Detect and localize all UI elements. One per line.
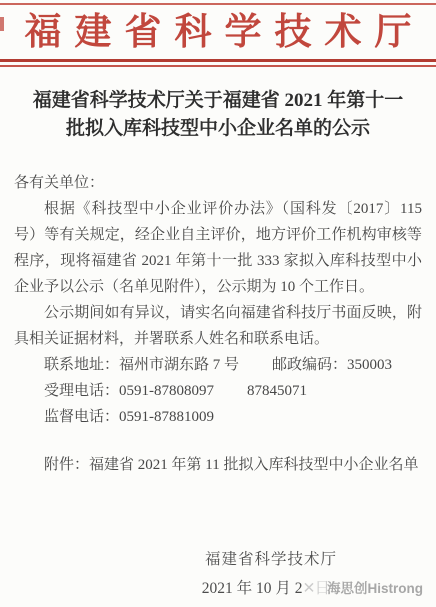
- accept-phone-value1: 0591-87808097: [119, 383, 214, 399]
- document-title-line1: 福建省科学技术厅关于福建省 2021 年第十一: [10, 87, 426, 115]
- date-line: 2021 年 10 月 2✕日海思创Histrong: [202, 576, 423, 598]
- contact-address-label: 联系地址：: [44, 357, 119, 373]
- supervise-phone-value: 0591-87881009: [119, 409, 214, 425]
- accept-phone-value2: 87845071: [247, 383, 307, 399]
- attachment-line: 附件：福建省 2021 年第 11 批拟入库科技型中小企业名单: [14, 452, 422, 478]
- supervise-phone-label: 监督电话：: [44, 409, 119, 425]
- postal-code-value: 350003: [347, 357, 392, 373]
- date-obscured-text: ✕日: [303, 580, 330, 597]
- salutation: 各有关单位：: [14, 170, 422, 196]
- contact-address-value: 福州市湖东路 7 号: [119, 357, 239, 373]
- masthead-divider-thick: [0, 59, 436, 62]
- date-text: 2021 年 10 月 2: [202, 580, 303, 597]
- masthead-agency-title: 福建省科学技术厅: [0, 10, 436, 56]
- paragraph-objection: 公示期间如有异议，请实名向福建省科技厅书面反映，附具相关证据材料，并署联系人姓名…: [14, 300, 422, 352]
- signature-agency: 福建省科学技术厅: [205, 547, 337, 569]
- accept-phone-label: 受理电话：: [44, 383, 119, 399]
- supervise-phone-line: 监督电话：0591-87881009: [14, 404, 422, 430]
- contact-address-line: 联系地址：福州市湖东路 7 号邮政编码：350003: [14, 352, 422, 378]
- accept-phone-line: 受理电话：0591-8780809787845071: [14, 378, 422, 404]
- document-title: 福建省科学技术厅关于福建省 2021 年第十一 批拟入库科技型中小企业名单的公示: [10, 87, 426, 143]
- document-body: 各有关单位： 根据《科技型中小企业评价办法》（国科发〔2017〕115 号）等有…: [14, 170, 422, 478]
- masthead-top-rule: [0, 3, 436, 5]
- paragraph-basis: 根据《科技型中小企业评价办法》（国科发〔2017〕115 号）等有关规定，经企业…: [14, 196, 422, 300]
- masthead-divider-thin: [0, 65, 436, 67]
- document-page: 福建省科学技术厅 福建省科学技术厅关于福建省 2021 年第十一 批拟入库科技型…: [0, 0, 436, 607]
- watermark-text: 海思创Histrong: [327, 581, 423, 596]
- document-title-line2: 批拟入库科技型中小企业名单的公示: [10, 115, 426, 143]
- postal-code-label: 邮政编码：: [272, 357, 347, 373]
